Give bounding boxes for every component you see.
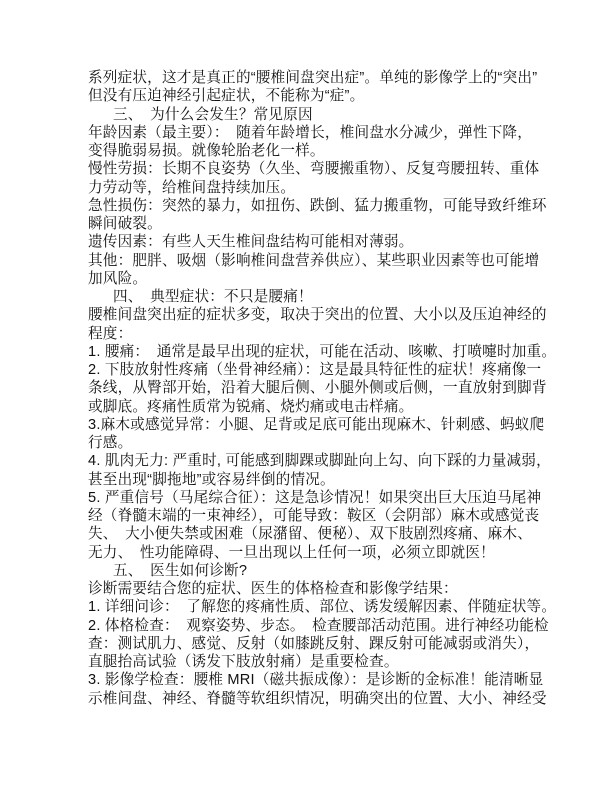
document-line: 年龄因素（最主要）： 随着年龄增长，椎间盘水分减少，弹性下降， <box>88 124 568 142</box>
document-line: 诊断需要结合您的症状、医生的体格检查和影像学结果： <box>88 580 568 598</box>
document-line: 腰椎间盘突出症的症状多变，取决于突出的位置、大小以及压迫神经的 <box>88 306 568 324</box>
document-page: 系列症状，这才是真正的“腰椎间盘突出症”。单纯的影像学上的“突出”但没有压迫神经… <box>0 0 612 792</box>
document-line: 急性损伤：突然的暴力，如扭伤、跌倒、猛力搬重物，可能导致纤维环 <box>88 197 568 215</box>
document-line: 行感。 <box>88 434 568 452</box>
document-line: 2. 下肢放射性疼痛（坐骨神经痛）：这是最具特征性的症状！疼痛像一 <box>88 361 568 379</box>
section-heading-line: 三、 为什么会发生？常见原因 <box>88 106 568 124</box>
document-line: 力劳动等，给椎间盘持续加压。 <box>88 179 568 197</box>
document-line: 变得脆弱易损。就像轮胎老化一样。 <box>88 142 568 160</box>
document-line: 甚至出现“脚拖地”或容易绊倒的情况。 <box>88 471 568 489</box>
section-heading-line: 四、 典型症状：不只是腰痛！ <box>88 288 568 306</box>
document-line: 3.麻木或感觉异常：小腿、足背或足底可能出现麻木、针刺感、蚂蚁爬 <box>88 416 568 434</box>
document-line: 条线，从臀部开始，沿着大腿后侧、小腿外侧或后侧，一直放射到脚背 <box>88 379 568 397</box>
document-line: 但没有压迫神经引起症状，不能称为“症”。 <box>88 87 568 105</box>
document-line: 失、 大小便失禁或困难（尿潴留、便秘）、双下肢剧烈疼痛、麻木、 <box>88 525 568 543</box>
document-line: 瞬间破裂。 <box>88 215 568 233</box>
section-heading-line: 五、 医生如何诊断? <box>88 562 568 580</box>
document-line: 程度： <box>88 325 568 343</box>
document-line: 查：测试肌力、感觉、反射（如膝跳反射、踝反射可能减弱或消失）， <box>88 635 568 653</box>
document-line: 直腿抬高试验（诱发下肢放射痛）是重要检查。 <box>88 653 568 671</box>
document-line: 5. 严重信号（马尾综合征）：这是急诊情况！如果突出巨大压迫马尾神 <box>88 489 568 507</box>
document-line: 2. 体格检查： 观察姿势、步态。 检查腰部活动范围。进行神经功能检 <box>88 617 568 635</box>
document-line: 遗传因素：有些人天生椎间盘结构可能相对薄弱。 <box>88 233 568 251</box>
document-line: 经（脊髓末端的一束神经），可能导致：鞍区（会阴部）麻木或感觉丧 <box>88 507 568 525</box>
document-line: 慢性劳损：长期不良姿势（久坐、弯腰搬重物）、反复弯腰扭转、重体 <box>88 160 568 178</box>
document-text-block: 系列症状，这才是真正的“腰椎间盘突出症”。单纯的影像学上的“突出”但没有压迫神经… <box>88 69 568 708</box>
document-line: 3. 影像学检查：腰椎 MRI（磁共振成像）：是诊断的金标准！能清晰显 <box>88 671 568 689</box>
document-line: 其他：肥胖、吸烟（影响椎间盘营养供应）、某些职业因素等也可能增 <box>88 252 568 270</box>
document-line: 1. 详细问诊： 了解您的疼痛性质、部位、诱发缓解因素、伴随症状等。 <box>88 598 568 616</box>
document-line: 或脚底。疼痛性质常为锐痛、烧灼痛或电击样痛。 <box>88 398 568 416</box>
document-line: 系列症状，这才是真正的“腰椎间盘突出症”。单纯的影像学上的“突出” <box>88 69 568 87</box>
document-line: 示椎间盘、神经、脊髓等软组织情况，明确突出的位置、大小、神经受 <box>88 690 568 708</box>
document-line: 加风险。 <box>88 270 568 288</box>
document-line: 4. 肌肉无力: 严重时, 可能感到脚踝或脚趾向上勾、向下踩的力量减弱， <box>88 452 568 470</box>
document-line: 1. 腰痛： 通常是最早出现的症状，可能在活动、咳嗽、打喷嚏时加重。 <box>88 343 568 361</box>
document-line: 无力、 性功能障碍、一旦出现以上任何一项，必须立即就医！ <box>88 544 568 562</box>
